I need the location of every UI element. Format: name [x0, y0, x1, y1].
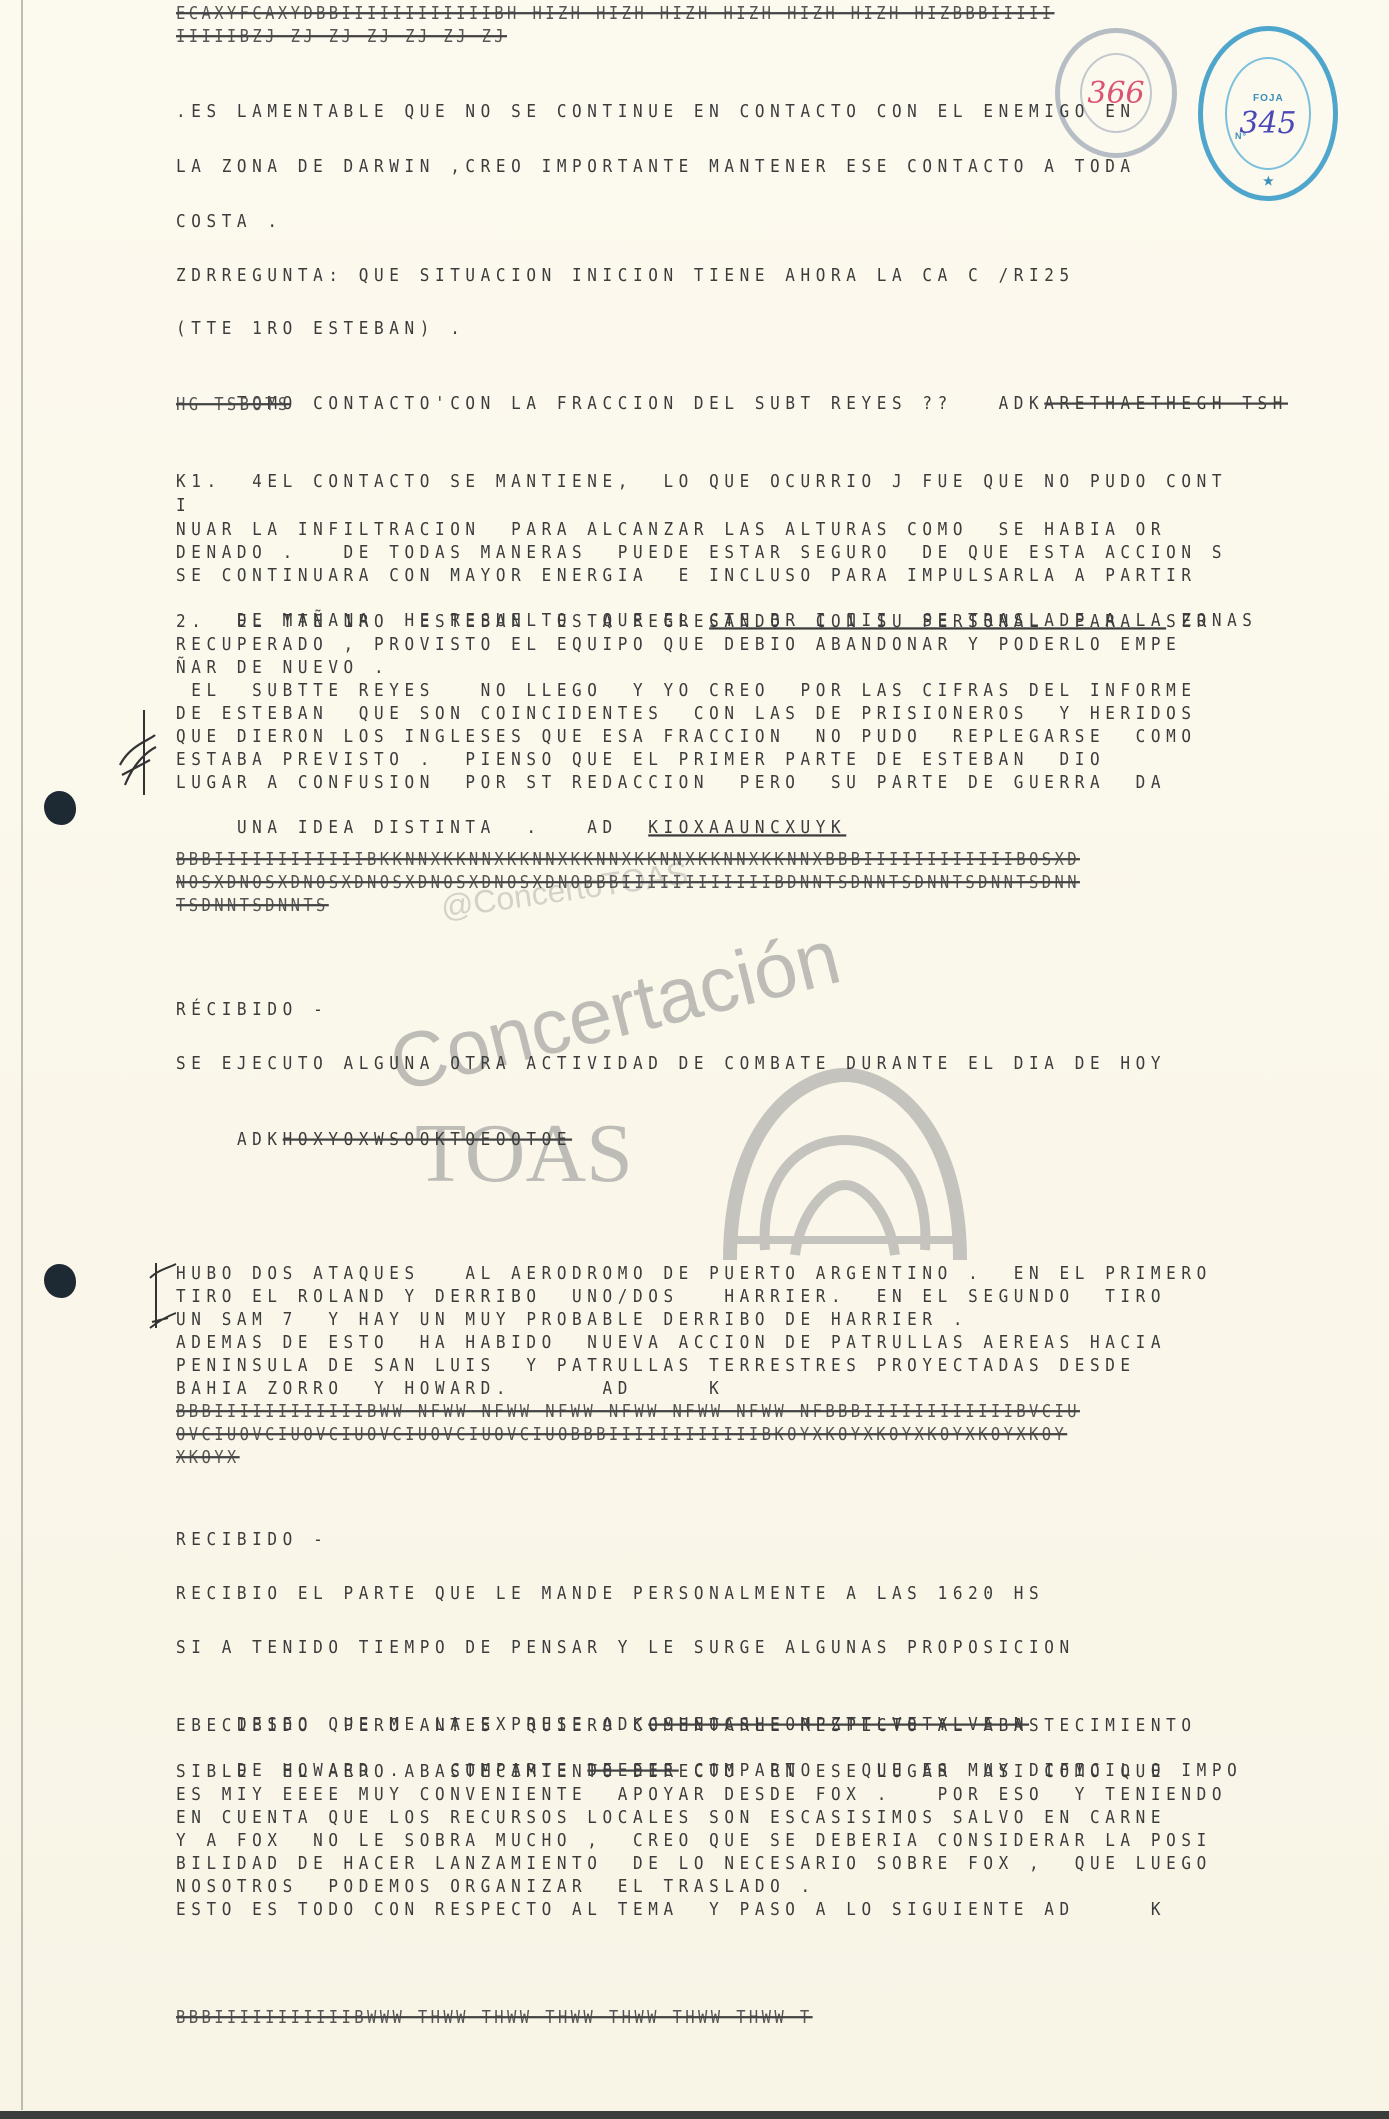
text-line: BAHIA ZORRO Y HOWARD. AD K — [176, 1377, 724, 1399]
archive-stamp-gray: 366 — [1055, 28, 1177, 158]
garble-line: TSDNNTSDNNTS — [176, 894, 329, 916]
text-line: RECIBIO EL PARTE QUE LE MANDE PERSONALME… — [176, 1582, 1044, 1604]
garble-line: BBBIIIIIIIIIIIIBKKNNXKKNNXKKNNXKKNNXKKNN… — [176, 848, 1080, 870]
text-line: COSTA . — [176, 210, 283, 232]
text-line: TIRO EL ROLAND Y DERRIBO UNO/DOS HARRIER… — [176, 1285, 1166, 1307]
text-line: HUBO DOS ATAQUES AL AERODROMO DE PUERTO … — [176, 1262, 1212, 1284]
text-line: (TTE 1RO ESTEBAN) . — [176, 317, 465, 339]
text-line: ESTABA PREVISTO . PIENSO QUE EL PRIMER P… — [176, 748, 1105, 770]
garble-line: NOSXDNOSXDNOSXDNOSXDNOSXDNOSXDNOBBBIIIII… — [176, 871, 1080, 893]
stamp-foja-label: FOJA — [1253, 93, 1284, 104]
garble-line: OVCIUOVCIUOVCIUOVCIUOVCIUOVCIUOBBBIIIIII… — [176, 1423, 1067, 1445]
margin-check-mark-2 — [148, 1258, 178, 1338]
text-line: UN SAM 7 Y HAY UN MUY PROBABLE DERRIBO D… — [176, 1308, 968, 1330]
garble-line: XKOYX — [176, 1446, 240, 1468]
text-line: LUGAR A CONFUSION POR ST REDACCION PERO … — [176, 771, 1166, 793]
text-line: RÉCIBIDO - — [176, 998, 328, 1020]
text-line: 2. EL TTE 1RO ESTEBAN ESTA REGRESANDO CO… — [176, 610, 1212, 632]
text-line: EL SUBTTE REYES NO LLEGO Y YO CREO POR L… — [176, 679, 1197, 701]
text-line: I — [176, 494, 191, 516]
text-line: ADEMAS DE ESTO HA HABIDO NUEVA ACCION DE… — [176, 1331, 1166, 1353]
text-line: DE ESTEBAN QUE SON COINCIDENTES CON LAS … — [176, 702, 1197, 724]
stamp-star-icon: ★ — [1263, 174, 1275, 188]
text-line: K1. 4EL CONTACTO SE MANTIENE, LO QUE OCU… — [176, 470, 1227, 492]
garble-line: IIIIIBZJ ZJ ZJ ZJ ZJ ZJ ZJ — [176, 25, 507, 47]
text-segment: TOMO CONTACTO'CON LA FRACCION DEL SUBT R… — [237, 392, 1044, 413]
stamp-foja-number: 345 — [1239, 106, 1296, 141]
text-line: DENADO . DE TODAS MANERAS PUEDE ESTAR SE… — [176, 541, 1227, 563]
text-line: Y A FOX NO LE SOBRA MUCHO , CREO QUE SE … — [176, 1829, 1212, 1851]
text-line: ES MIY EEEE MUY CONVENIENTE APOYAR DESDE… — [176, 1783, 1227, 1805]
punch-hole-top — [44, 791, 76, 825]
text-line: SI A TENIDO TIEMPO DE PENSAR Y LE SURGE … — [176, 1636, 1075, 1658]
text-line: QUE DIERON LOS INGLESES QUE ESA FRACCION… — [176, 725, 1197, 747]
scan-bottom-edge — [0, 2111, 1389, 2119]
page-edge-shadow — [21, 0, 23, 2110]
text-segment: ADK — [237, 1128, 283, 1149]
text-segment: UNA IDEA DISTINTA . AD — [237, 816, 648, 837]
garble-line: BBBIIIIIIIIIIIIBWW NFWW NFWW NFWW NFWW N… — [176, 1400, 1080, 1422]
struck-text: HOXYOXWSOOKTOEOOTOE — [283, 1128, 572, 1149]
text-line: RECUPERADO , PROVISTO EL EQUIPO QUE DEBI… — [176, 633, 1181, 655]
garble-line: ECAXYFCAXYDBBIIIIIIIIIIIIBH HIZH HIZH HI… — [176, 2, 1055, 24]
text-line: NUAR LA INFILTRACION PARA ALCANZAR LAS A… — [176, 518, 1166, 540]
garble-line: HG TSBOTS — [176, 393, 291, 415]
struck-text: KIOXAAUNCXUYK — [648, 816, 846, 837]
document-page: 366 FOJA N° 345 ★ @ConcertoTOAS Concerta… — [0, 0, 1389, 2119]
helmet-logo-icon — [690, 1065, 1000, 1265]
text-line: ESTO ES TODO CON RESPECTO AL TEMA Y PASO… — [176, 1898, 1166, 1920]
margin-check-mark-1 — [110, 705, 160, 800]
foja-stamp-blue: FOJA N° 345 ★ — [1198, 26, 1338, 201]
text-line: ÑAR DE NUEVO . — [176, 656, 389, 678]
text-line: EN CUENTA QUE LOS RECURSOS LOCALES SON E… — [176, 1806, 1166, 1828]
text-line: PENINSULA DE SAN LUIS Y PATRULLAS TERRES… — [176, 1354, 1136, 1376]
text-line: ADKHOXYOXWSOOKTOEOOTOE — [176, 1106, 572, 1173]
struck-text: ARETHAETHEGH TSH — [1044, 392, 1288, 413]
text-line: .ES LAMENTABLE QUE NO SE CONTINUE EN CON… — [176, 100, 1136, 122]
text-line: EBECIBIDO PERO ANTES QUIERO COMENTARLE R… — [176, 1714, 1197, 1736]
text-line: LA ZONA DE DARWIN ,CREO IMPORTANTE MANTE… — [176, 155, 1136, 177]
text-line: TOMO CONTACTO'CON LA FRACCION DEL SUBT R… — [176, 370, 1288, 437]
text-line: SIBLE EL AERO ABASTECIMIENTO DIRECTO EN … — [176, 1760, 1166, 1782]
text-line: SE EJECUTO ALGUNA OTRA ACTIVIDAD DE COMB… — [176, 1052, 1166, 1074]
text-line: RECIBIDO - — [176, 1528, 328, 1550]
text-line: BILIDAD DE HACER LANZAMIENTO DE LO NECES… — [176, 1852, 1212, 1874]
text-line: SE CONTINUARA CON MAYOR ENERGIA E INCLUS… — [176, 564, 1197, 586]
text-line: ZDRREGUNTA: QUE SITUACION INICION TIENE … — [176, 264, 1075, 286]
punch-hole-bottom — [44, 1264, 76, 1298]
garble-line: BBBIIIIIIIIIIIBWWW THWW THWW THWW THWW T… — [176, 2006, 813, 2028]
text-line: NOSOTROS PODEMOS ORGANIZAR EL TRASLADO . — [176, 1875, 816, 1897]
